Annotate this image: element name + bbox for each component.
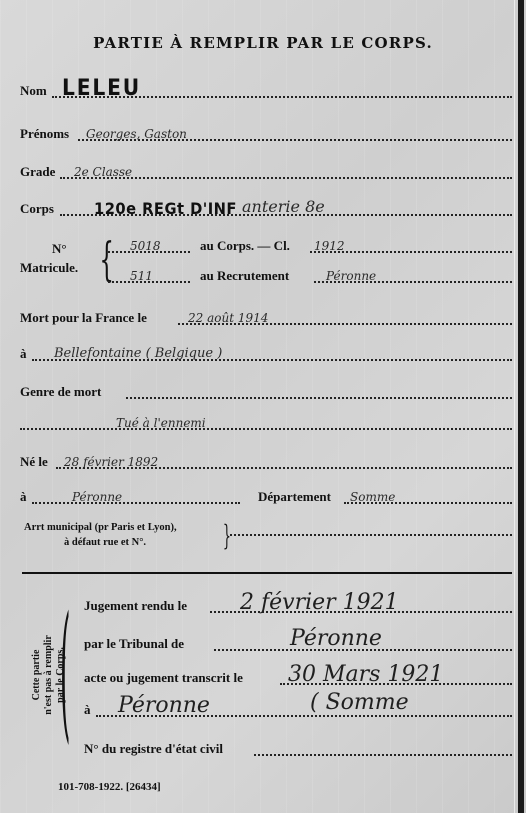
departement-value: Somme xyxy=(350,490,395,504)
side-note-line-2: n'est pas à remplir xyxy=(43,605,55,745)
jugement-rendu-value: 2 février 1921 xyxy=(240,590,399,615)
arrondissement-brace: } xyxy=(223,518,231,554)
nom-row: Nom LELEU xyxy=(20,80,512,102)
grade-label: Grade xyxy=(20,164,55,180)
matricule-corps-number: 5018 xyxy=(130,239,161,253)
naissance-lieu-label: à xyxy=(20,489,27,505)
naissance-label: Né le xyxy=(20,454,48,470)
nom-label: Nom xyxy=(20,83,47,99)
corps-stamp: 120e REGt D'INF xyxy=(94,199,237,218)
section-divider xyxy=(22,572,512,574)
tribunal-row: par le Tribunal de Péronne xyxy=(84,633,512,655)
genre-mort-value: Tué à l'ennemi xyxy=(116,416,206,430)
page-border xyxy=(518,0,524,813)
arrondissement-line xyxy=(230,534,512,536)
genre-mort-label: Genre de mort xyxy=(20,384,101,400)
transcrit-lieu-label: à xyxy=(84,702,91,718)
matricule-corps-row: 5018 au Corps. — Cl. 1912 xyxy=(108,235,512,257)
naissance-lieu-row: à Péronne Département Somme xyxy=(20,486,512,508)
genre-mort-row: Genre de mort xyxy=(20,381,512,403)
prenoms-row: Prénoms Georges, Gaston xyxy=(20,123,512,145)
matricule-label: Matricule. xyxy=(20,260,78,276)
transcrit-lieu-row: à Péronne ( Somme xyxy=(84,699,512,721)
naissance-lieu-line xyxy=(32,502,240,504)
genre-mort-line-2 xyxy=(20,428,512,430)
page-border-inner xyxy=(514,0,515,813)
genre-mort-value-row: Tué à l'ennemi xyxy=(20,412,512,434)
corps-row: Corps 120e REGt D'INF anterie 8e xyxy=(20,198,512,220)
mort-lieu-row: à Bellefontaine ( Belgique ) xyxy=(20,343,512,365)
transcrit-value: 30 Mars 1921 xyxy=(288,662,443,687)
jugement-rendu-label: Jugement rendu le xyxy=(84,598,187,614)
arrondissement-label-2: à défaut rue et N°. xyxy=(64,537,146,548)
nom-value: LELEU xyxy=(62,76,141,101)
corps-value: anterie 8e xyxy=(242,197,325,216)
grade-row: Grade 2e Classe xyxy=(20,161,512,183)
matricule-recrutement-place: Péronne xyxy=(326,269,376,283)
transcrit-lieu-value-2: ( Somme xyxy=(310,690,409,715)
mort-row: Mort pour la France le 22 août 1914 xyxy=(20,307,512,329)
matricule-recrutement-label: au Recrutement xyxy=(200,268,289,284)
matricule-corps-label: au Corps. — Cl. xyxy=(200,238,290,254)
matricule-classe: 1912 xyxy=(314,239,345,253)
tribunal-value: Péronne xyxy=(290,626,382,651)
tribunal-label: par le Tribunal de xyxy=(84,636,184,652)
grade-value: 2e Classe xyxy=(74,165,132,179)
corps-label: Corps xyxy=(20,201,54,217)
side-note-line-1: Cette partie xyxy=(31,605,43,745)
mort-lieu-label: à xyxy=(20,346,27,362)
departement-label: Département xyxy=(258,489,331,505)
footer-reference: 101-708-1922. [26434] xyxy=(58,781,161,793)
mort-label: Mort pour la France le xyxy=(20,310,147,326)
matricule-recrutement-row: 511 au Recrutement Péronne xyxy=(108,265,512,287)
naissance-row: Né le 28 février 1892 xyxy=(20,451,512,473)
matricule-label-n: N° xyxy=(52,241,67,257)
document-paper xyxy=(0,0,526,813)
genre-mort-line xyxy=(126,397,512,399)
transcrit-lieu-value: Péronne xyxy=(118,693,210,718)
jugement-rendu-row: Jugement rendu le 2 février 1921 xyxy=(84,595,512,617)
mort-lieu-value: Bellefontaine ( Belgique ) xyxy=(54,346,222,361)
naissance-date: 28 février 1892 xyxy=(64,455,158,469)
mort-date: 22 août 1914 xyxy=(188,311,268,325)
registre-label: N° du registre d'état civil xyxy=(84,741,223,757)
transcrit-row: acte ou jugement transcrit le 30 Mars 19… xyxy=(84,667,512,689)
form-title: PARTIE À REMPLIR PAR LE CORPS. xyxy=(0,34,526,52)
naissance-lieu-value: Péronne xyxy=(72,490,122,504)
matricule-recrutement-number: 511 xyxy=(130,269,153,283)
prenoms-label: Prénoms xyxy=(20,126,69,142)
transcrit-label: acte ou jugement transcrit le xyxy=(84,670,243,686)
prenoms-value: Georges, Gaston xyxy=(86,127,187,141)
registre-row: N° du registre d'état civil xyxy=(84,738,512,760)
registre-line xyxy=(254,754,512,756)
jugement-brace: ( xyxy=(60,596,70,746)
arrondissement-label-1: Arrt municipal (pr Paris et Lyon), xyxy=(24,522,177,533)
